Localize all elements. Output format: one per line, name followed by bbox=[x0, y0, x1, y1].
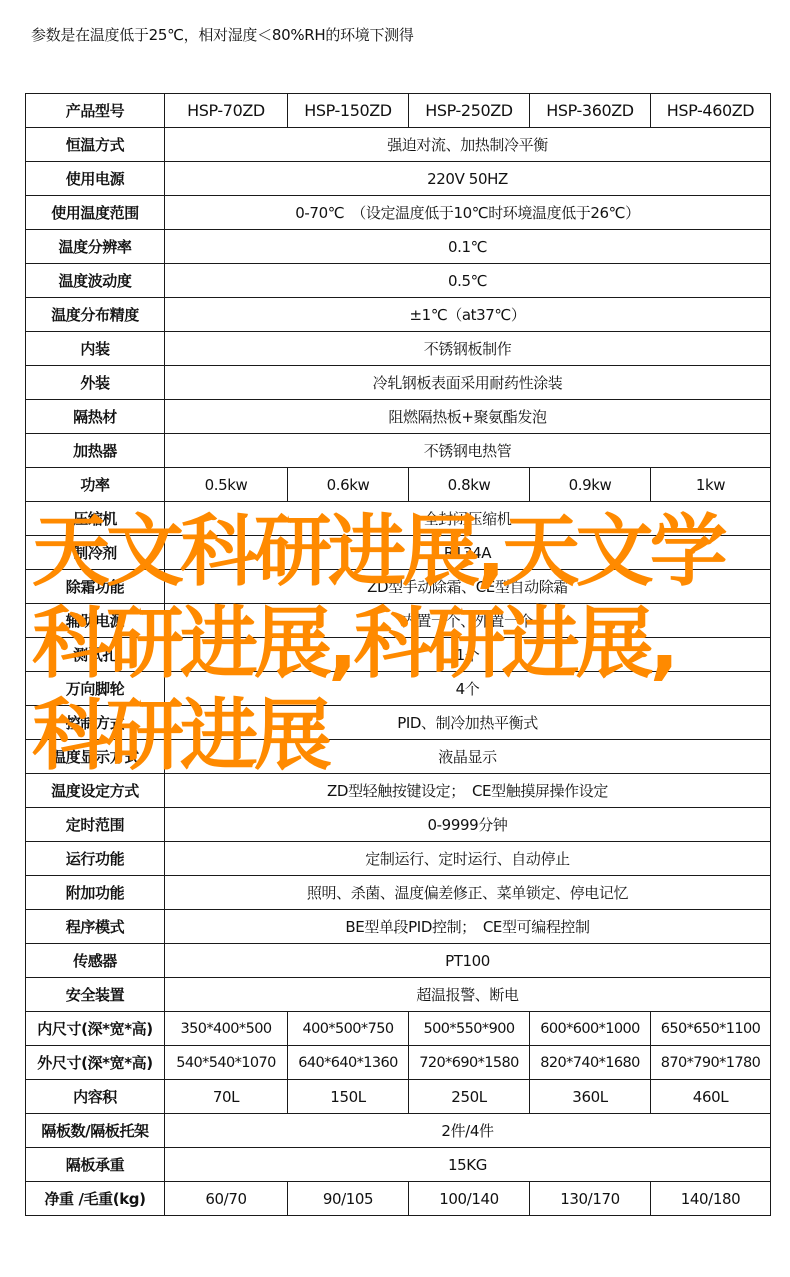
table-row: 功率0.5kw0.6kw0.8kw0.9kw1kw bbox=[26, 468, 771, 502]
table-row: 程序模式BE型单段PID控制； CE型可编程控制 bbox=[26, 910, 771, 944]
value-cell: 60/70 bbox=[165, 1182, 288, 1216]
table-row: 外装冷轧钢板表面采用耐药性涂装 bbox=[26, 366, 771, 400]
value-cell: 350*400*500 bbox=[165, 1012, 288, 1046]
row-label: 恒温方式 bbox=[26, 128, 165, 162]
table-row: 隔板承重15KG bbox=[26, 1148, 771, 1182]
value-cell: 600*600*1000 bbox=[530, 1012, 651, 1046]
row-label: 温度分辨率 bbox=[26, 230, 165, 264]
value-cell-merged: 照明、杀菌、温度偏差修正、菜单锁定、停电记忆 bbox=[165, 876, 771, 910]
row-label: 隔板承重 bbox=[26, 1148, 165, 1182]
table-row: 使用电源220V 50HZ bbox=[26, 162, 771, 196]
table-row: 运行功能定制运行、定时运行、自动停止 bbox=[26, 842, 771, 876]
row-label: 温度波动度 bbox=[26, 264, 165, 298]
value-cell: 0.5kw bbox=[165, 468, 288, 502]
value-cell: 400*500*750 bbox=[288, 1012, 409, 1046]
value-cell: 0.6kw bbox=[288, 468, 409, 502]
value-cell: 720*690*1580 bbox=[409, 1046, 530, 1080]
row-label: 隔板数/隔板托架 bbox=[26, 1114, 165, 1148]
value-cell: 650*650*1100 bbox=[651, 1012, 771, 1046]
table-row: 温度分辨率0.1℃ bbox=[26, 230, 771, 264]
table-row: 恒温方式强迫对流、加热制冷平衡 bbox=[26, 128, 771, 162]
value-cell-merged: PT100 bbox=[165, 944, 771, 978]
row-label: 除霜功能 bbox=[26, 570, 165, 604]
row-label: 隔热材 bbox=[26, 400, 165, 434]
value-cell-merged: ZD型手动除霜、CE型自动除霜 bbox=[165, 570, 771, 604]
table-row: 内尺寸(深*宽*高)350*400*500400*500*750500*550*… bbox=[26, 1012, 771, 1046]
value-cell-merged: PID、制冷加热平衡式 bbox=[165, 706, 771, 740]
value-cell-merged: 液晶显示 bbox=[165, 740, 771, 774]
value-cell-merged: 15KG bbox=[165, 1148, 771, 1182]
row-label: 运行功能 bbox=[26, 842, 165, 876]
table-row: 使用温度范围0-70℃ （设定温度低于10℃时环境温度低于26℃） bbox=[26, 196, 771, 230]
spec-table: 产品型号 HSP-70ZD HSP-150ZD HSP-250ZD HSP-36… bbox=[25, 93, 771, 1216]
table-row: 万向脚轮4个 bbox=[26, 672, 771, 706]
value-cell-merged: 阻燃隔热板+聚氨酯发泡 bbox=[165, 400, 771, 434]
row-label: 内容积 bbox=[26, 1080, 165, 1114]
table-row: 制冷剂R134A bbox=[26, 536, 771, 570]
row-label: 辅助电源 bbox=[26, 604, 165, 638]
table-row: 加热器不锈钢电热管 bbox=[26, 434, 771, 468]
table-row: 温度波动度0.5℃ bbox=[26, 264, 771, 298]
value-cell: 540*540*1070 bbox=[165, 1046, 288, 1080]
value-cell-merged: 超温报警、断电 bbox=[165, 978, 771, 1012]
row-label: 温度显示方式 bbox=[26, 740, 165, 774]
row-label: 内尺寸(深*宽*高) bbox=[26, 1012, 165, 1046]
value-cell-merged: 定制运行、定时运行、自动停止 bbox=[165, 842, 771, 876]
row-label: 制冷剂 bbox=[26, 536, 165, 570]
table-row: 温度显示方式液晶显示 bbox=[26, 740, 771, 774]
value-cell-merged: 强迫对流、加热制冷平衡 bbox=[165, 128, 771, 162]
row-label: 定时范围 bbox=[26, 808, 165, 842]
value-cell: 0.8kw bbox=[409, 468, 530, 502]
value-cell: 0.9kw bbox=[530, 468, 651, 502]
value-cell-merged: 全封闭压缩机 bbox=[165, 502, 771, 536]
row-label: 安全装置 bbox=[26, 978, 165, 1012]
table-row: 净重 /毛重(kg)60/7090/105100/140130/170140/1… bbox=[26, 1182, 771, 1216]
table-row: 外尺寸(深*宽*高)540*540*1070640*640*1360720*69… bbox=[26, 1046, 771, 1080]
value-cell: 640*640*1360 bbox=[288, 1046, 409, 1080]
value-cell-merged: 冷轧钢板表面采用耐药性涂装 bbox=[165, 366, 771, 400]
table-row: 安全装置超温报警、断电 bbox=[26, 978, 771, 1012]
row-label: 控制方式 bbox=[26, 706, 165, 740]
value-cell-merged: BE型单段PID控制； CE型可编程控制 bbox=[165, 910, 771, 944]
table-row: 隔热材阻燃隔热板+聚氨酯发泡 bbox=[26, 400, 771, 434]
row-label: 温度分布精度 bbox=[26, 298, 165, 332]
value-cell: 140/180 bbox=[651, 1182, 771, 1216]
row-label: 外装 bbox=[26, 366, 165, 400]
value-cell: 70L bbox=[165, 1080, 288, 1114]
value-cell: 90/105 bbox=[288, 1182, 409, 1216]
value-cell: 250L bbox=[409, 1080, 530, 1114]
row-label: 使用电源 bbox=[26, 162, 165, 196]
value-cell-merged: 0.5℃ bbox=[165, 264, 771, 298]
row-label: 附加功能 bbox=[26, 876, 165, 910]
value-cell-merged: 0-9999分钟 bbox=[165, 808, 771, 842]
value-cell: 500*550*900 bbox=[409, 1012, 530, 1046]
value-cell: 1kw bbox=[651, 468, 771, 502]
value-cell: 870*790*1780 bbox=[651, 1046, 771, 1080]
table-row: 辅助电源内置一个、外置一个 bbox=[26, 604, 771, 638]
row-label: 使用温度范围 bbox=[26, 196, 165, 230]
value-cell-merged: 不锈钢板制作 bbox=[165, 332, 771, 366]
value-cell: 820*740*1680 bbox=[530, 1046, 651, 1080]
value-cell-merged: 2件/4件 bbox=[165, 1114, 771, 1148]
table-row: 压缩机全封闭压缩机 bbox=[26, 502, 771, 536]
table-row: 温度分布精度±1℃（at37℃） bbox=[26, 298, 771, 332]
model-cell: HSP-360ZD bbox=[530, 94, 651, 128]
value-cell-merged: ±1℃（at37℃） bbox=[165, 298, 771, 332]
table-row: 测试孔1个 bbox=[26, 638, 771, 672]
value-cell-merged: 1个 bbox=[165, 638, 771, 672]
table-row: 传感器PT100 bbox=[26, 944, 771, 978]
value-cell-merged: R134A bbox=[165, 536, 771, 570]
row-label: 温度设定方式 bbox=[26, 774, 165, 808]
model-cell: HSP-460ZD bbox=[651, 94, 771, 128]
row-label: 传感器 bbox=[26, 944, 165, 978]
value-cell-merged: 220V 50HZ bbox=[165, 162, 771, 196]
row-label: 净重 /毛重(kg) bbox=[26, 1182, 165, 1216]
table-row: 温度设定方式ZD型轻触按键设定； CE型触摸屏操作设定 bbox=[26, 774, 771, 808]
value-cell: 130/170 bbox=[530, 1182, 651, 1216]
measurement-conditions-note: 参数是在温度低于25℃，相对湿度＜80%RH的环境下测得 bbox=[31, 24, 414, 46]
table-row: 内装不锈钢板制作 bbox=[26, 332, 771, 366]
table-row: 内容积70L150L250L360L460L bbox=[26, 1080, 771, 1114]
header-row: 产品型号 HSP-70ZD HSP-150ZD HSP-250ZD HSP-36… bbox=[26, 94, 771, 128]
table-row: 控制方式PID、制冷加热平衡式 bbox=[26, 706, 771, 740]
row-label: 功率 bbox=[26, 468, 165, 502]
row-label: 万向脚轮 bbox=[26, 672, 165, 706]
value-cell-merged: 内置一个、外置一个 bbox=[165, 604, 771, 638]
value-cell: 150L bbox=[288, 1080, 409, 1114]
row-label: 压缩机 bbox=[26, 502, 165, 536]
row-label: 程序模式 bbox=[26, 910, 165, 944]
value-cell-merged: 0-70℃ （设定温度低于10℃时环境温度低于26℃） bbox=[165, 196, 771, 230]
row-label: 测试孔 bbox=[26, 638, 165, 672]
value-cell-merged: 4个 bbox=[165, 672, 771, 706]
value-cell-merged: ZD型轻触按键设定； CE型触摸屏操作设定 bbox=[165, 774, 771, 808]
row-label: 外尺寸(深*宽*高) bbox=[26, 1046, 165, 1080]
row-label: 加热器 bbox=[26, 434, 165, 468]
row-label: 产品型号 bbox=[26, 94, 165, 128]
model-cell: HSP-70ZD bbox=[165, 94, 288, 128]
row-label: 内装 bbox=[26, 332, 165, 366]
table-row: 除霜功能ZD型手动除霜、CE型自动除霜 bbox=[26, 570, 771, 604]
table-row: 附加功能照明、杀菌、温度偏差修正、菜单锁定、停电记忆 bbox=[26, 876, 771, 910]
value-cell-merged: 不锈钢电热管 bbox=[165, 434, 771, 468]
value-cell: 100/140 bbox=[409, 1182, 530, 1216]
model-cell: HSP-250ZD bbox=[409, 94, 530, 128]
model-cell: HSP-150ZD bbox=[288, 94, 409, 128]
value-cell-merged: 0.1℃ bbox=[165, 230, 771, 264]
value-cell: 460L bbox=[651, 1080, 771, 1114]
table-row: 定时范围0-9999分钟 bbox=[26, 808, 771, 842]
value-cell: 360L bbox=[530, 1080, 651, 1114]
table-row: 隔板数/隔板托架2件/4件 bbox=[26, 1114, 771, 1148]
